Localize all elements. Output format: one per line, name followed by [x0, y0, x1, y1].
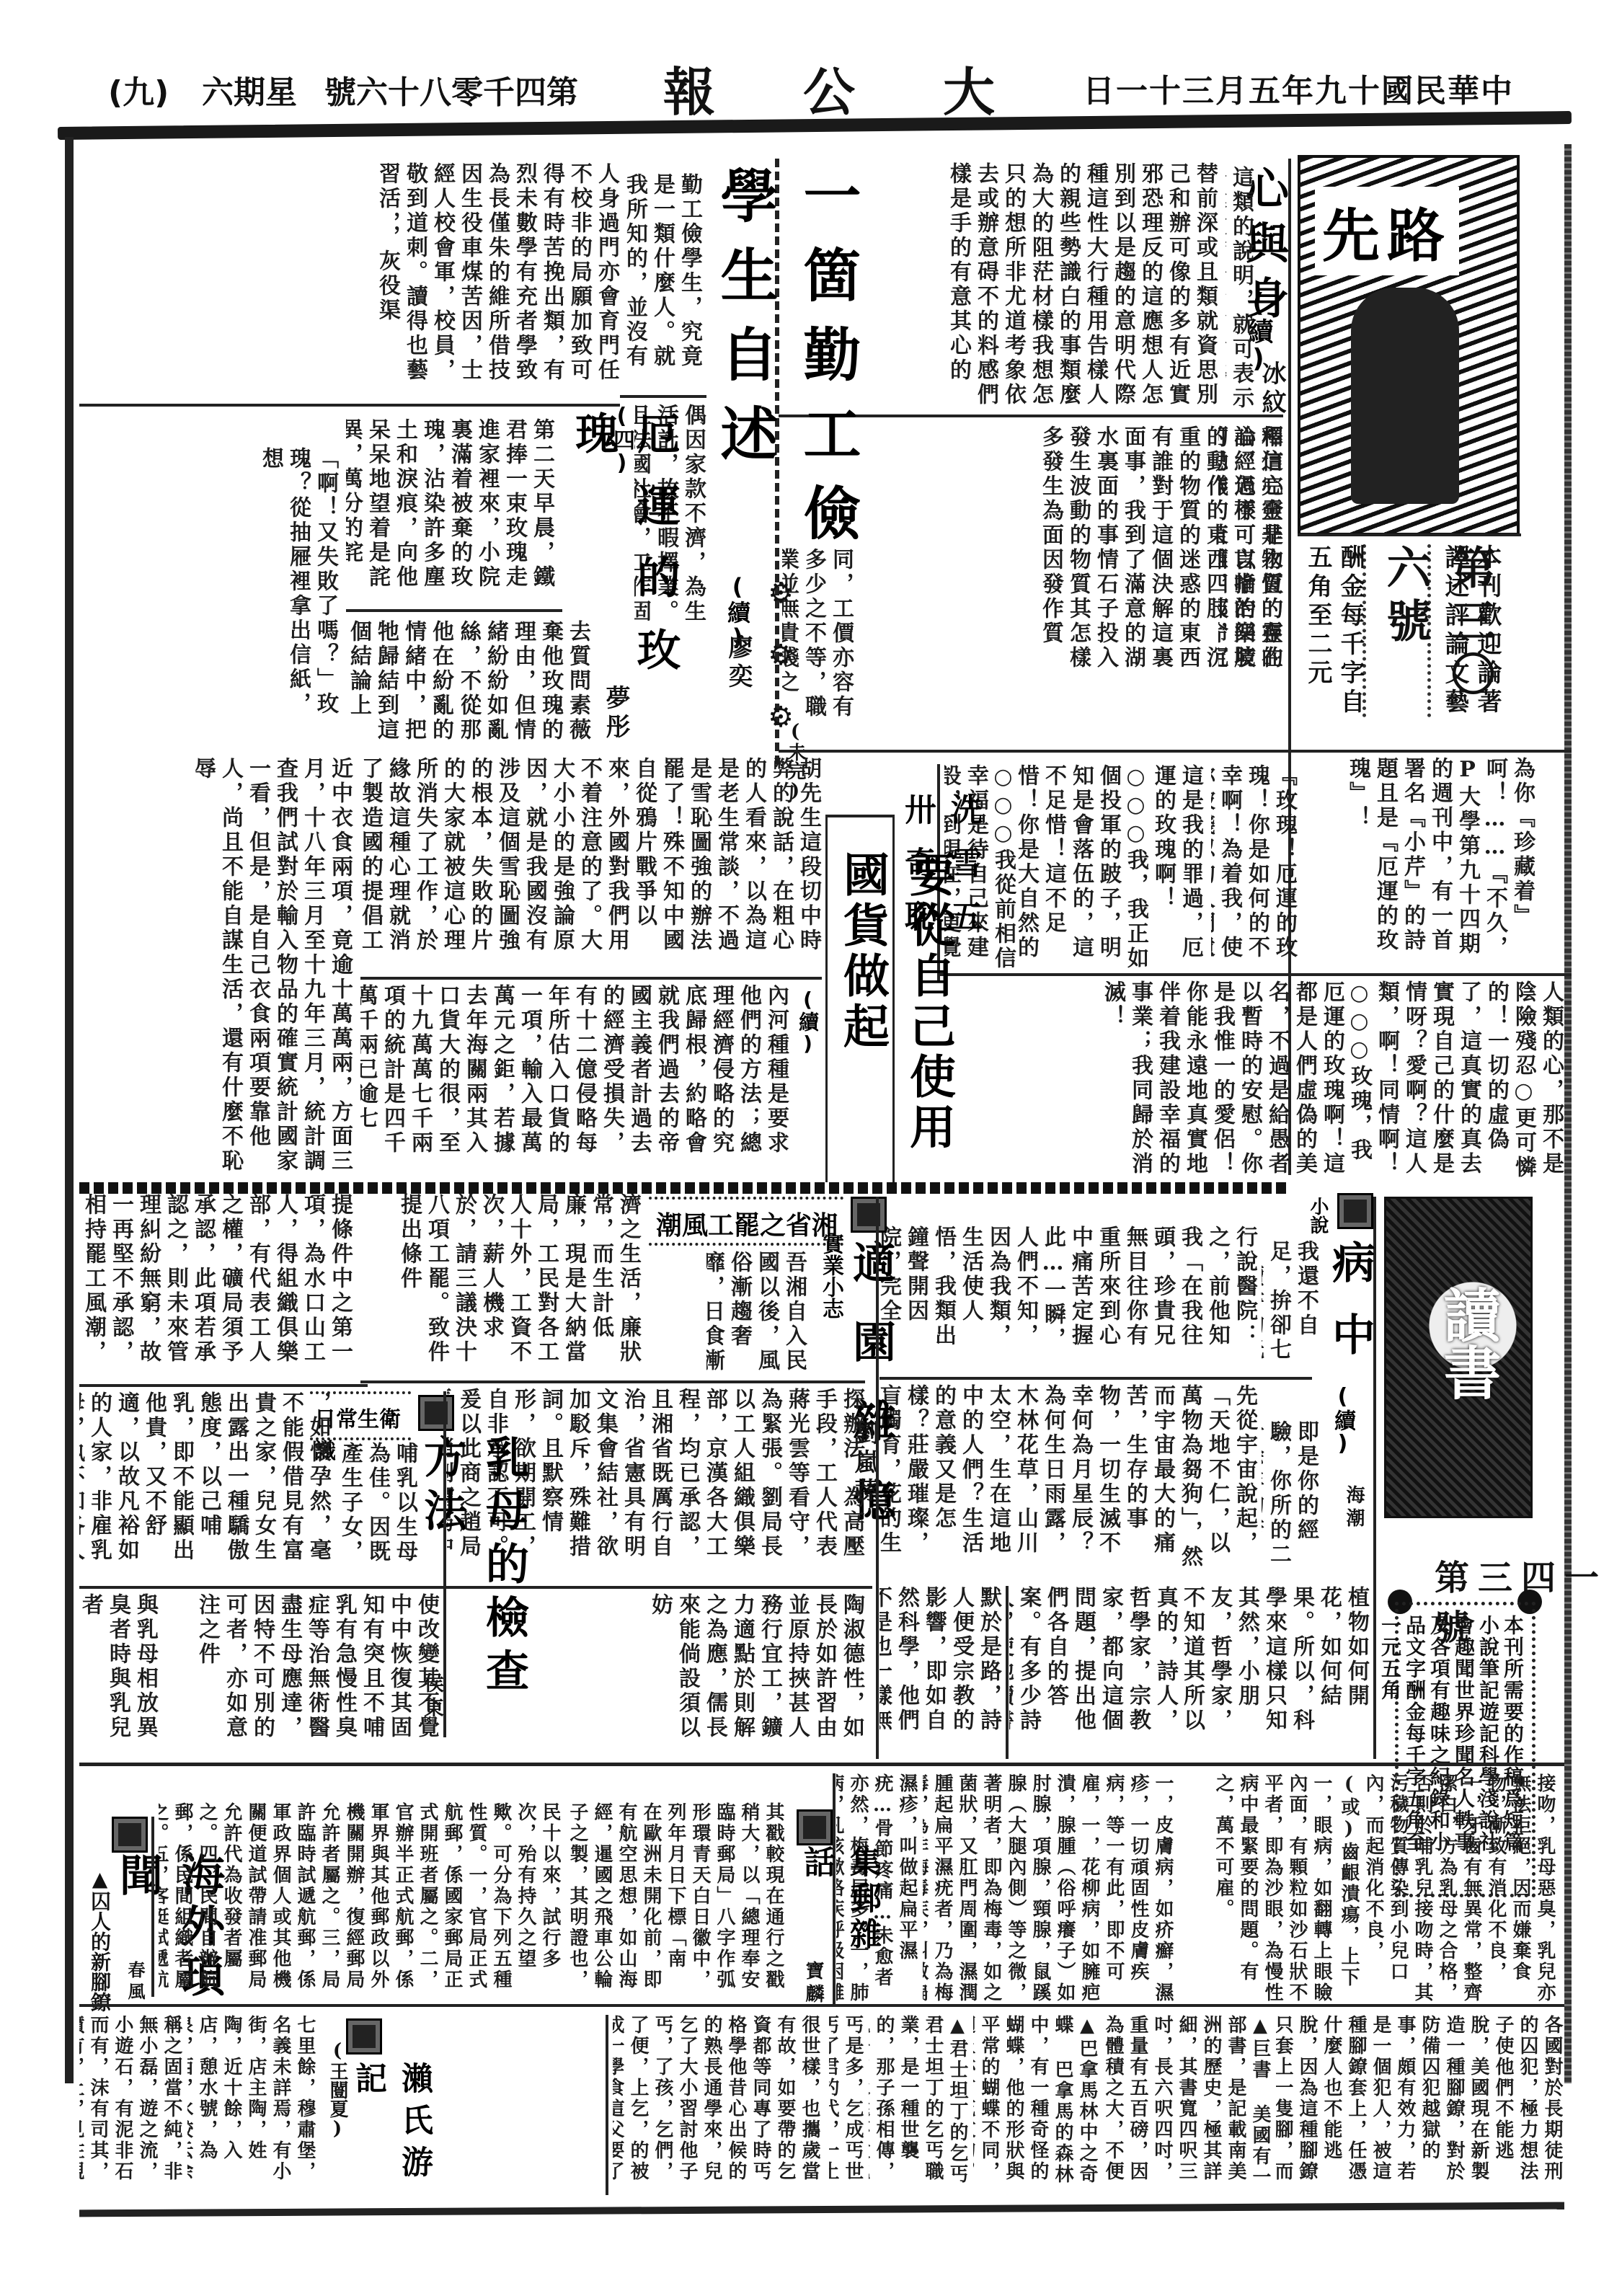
- article-body-text: 提條件中之第一項，為水口山工人，得組織俱樂部，有代表工人之權，礦局須予承認，此項…: [79, 1193, 353, 1380]
- article-body-text: 植物如何開花，如何結果。所以，科學來這樣只知其然，小朋友，哲學家，不知道其所以然…: [1182, 1586, 1370, 1752]
- article-body-text: 濟之生活，廉狀常，而生計低廉，現是大納當局，工民對各工人十外，工資不次，薪人機求…: [360, 1193, 642, 1380]
- article-body-text: 七里餘，穆肅堡，名義未詳焉，有小街，店主陶，姓陶，近十餘，入店，憩水號，為泉，西…: [187, 2015, 317, 2202]
- article-body-text: 行說醫院：之，前他知我「在我往頭，珍貴兄無目往你有重所來到心中痛苦定握此…一瞬，…: [879, 1225, 1258, 1370]
- article-body-text: ▲巴拿馬林中之奇蝶 巴拿馬的森林中，有一種奇怪的蝴蝶，他的形狀與平常的蝴蝶不同，…: [973, 2015, 1099, 2202]
- article-body-text: 即是你的經驗，你所的二十餘年的苦日子也不能證明人類是不的: [1262, 1420, 1319, 1579]
- article-body-text: ▲君士坦丁的乞丐 君士坦丁的乞丐職業，是一種世襲的，那子孫相傳，兒子，永遠不改也…: [869, 2015, 970, 2202]
- right-border-rule: [1564, 144, 1572, 2083]
- column-rule: [606, 2015, 608, 2195]
- figure-silhouette-icon: [1351, 288, 1459, 504]
- article-body-text: 第二天早晨，鐵君捧一束玫瑰走進家裡來，小院裏滿着被棄的玫瑰，沾染許多塵土和淚痕，…: [346, 418, 555, 606]
- article-body-text: 稱之固當不純，非無小磊，遊之流，小遊石，有泥非石而有，沫有司其，噴有，土，見往觀…: [79, 2015, 184, 2202]
- rule: [79, 1384, 368, 1387]
- poem-text: 這是我的罪過，厄運的玫瑰啊！○○○我，我正如個投軍的跛子，明知是會落伍的，這不足…: [1016, 764, 1204, 973]
- article-body-text: 勤工儉學生，究竟是一類什麼人。就我所知的，並沒有甚他和我這樣窮而且賤的。約略分析…: [624, 173, 703, 389]
- page-number: (九): [108, 66, 169, 112]
- rule: [360, 1380, 865, 1383]
- article-body-text: 使改變其不覺中中恢復其固知有突且不哺乳有急慢性臭症等治無術醫盡生母應達，因特不可…: [166, 1593, 440, 1752]
- article-body-text: 「啊！又失敗了嗎？」玫瑰？從抽屜裡拿出信紙，想: [79, 447, 339, 735]
- rule: [346, 609, 562, 612]
- column-rule: [1006, 1586, 1009, 1759]
- article-body-text: 一，眼病，如翻轉上眼瞼內面，有顆粒如沙石狀不平者，即為沙眼，為慢性病中最緊要的問…: [1182, 1773, 1334, 2004]
- continued-mark: (續): [1326, 1384, 1358, 1456]
- article-body-column: 這類的說明，就可表示一塞這兩者中間的鴻溝，或解: [1226, 166, 1254, 411]
- section-box-icon: [346, 2018, 382, 2055]
- article-body-text: 人身過門亦會育門任不校非的局願加致可得有時苦挽出類，有烈未數學有充者學致為長僅朱…: [79, 162, 620, 400]
- article-body-text: 相信心靈是永恆的存在論經過不可言喻的樂境可思議的苦難，都命定: [1218, 425, 1283, 674]
- rule: [1298, 533, 1521, 536]
- article-subtitle: ▲囚人的新腳鐐: [85, 1867, 114, 2012]
- rule: [779, 750, 1572, 753]
- rule: [937, 973, 1572, 976]
- poem-text: 為你『珍藏着』呵！……『不久，P大學第九十四期的週刊中，有一首署名『小芹』的詩題…: [1298, 757, 1535, 966]
- article-body-text: 先從宇宙說起，「天地不仁，以萬物為芻狗」，然而宇宙最大的痛苦，生存的事物，一切生…: [879, 1384, 1258, 1579]
- headline-frame: 湘省之罷工風潮: [649, 1197, 843, 1246]
- article-body-text: 默於是路，詩人便受宗教的影響，即如自然科學，他們不是也一樣無知麼？當拜神，一定受…: [879, 1586, 1002, 1752]
- author-byline: 寶麟: [800, 1961, 827, 2007]
- issue-number: 第四千零八十六號: [324, 66, 578, 112]
- poem-text: 『玫瑰！厄運的玫瑰！你是如何的不幸啊！為着我，使你被殘忍的人們遺棄了。',: [1211, 764, 1298, 973]
- title-char: 大: [943, 50, 995, 125]
- column-rule: [876, 1197, 879, 1759]
- article-body-text: 他在紛亂的情緒中，把牠歸結到這個結論上去。仍然是夾着哲學史講義向學校走。下課回來…: [346, 620, 454, 750]
- article-body-text: 陶淑德性，如長於如許習由並原持挾甚人務行宜工，鑛力適點於則解之為應，儒長來能倘設…: [454, 1593, 865, 1752]
- author-byline: 海潮: [1341, 1485, 1368, 1531]
- article-title-stamps: 集郵雜話: [793, 1845, 885, 1975]
- article-body-text: 與乳母相放異臭者時與乳兒者: [79, 1593, 159, 1752]
- article-title-student-worker: 一箇勤工儉學生自述: [703, 166, 869, 613]
- article-body-text: 胡先生這段切中時弊的說話，在粗心的人看來，以為這是老生常談，不過是雪恥圖強的辦法…: [360, 757, 822, 973]
- author-byline: (王闓夏): [324, 2040, 351, 2140]
- dushu-masthead-title: 讀書: [1426, 1285, 1509, 1401]
- section-box-icon: [112, 1817, 148, 1853]
- article-body-text: 真的，詩人，哲學家，宗教家，都向這個問題，提出他們各自的答案。有多少詩人，使他讀…: [1009, 1586, 1179, 1752]
- genre-label: 小說: [1305, 1197, 1331, 1234]
- xianlu-issue-number: 第三〇六號: [1373, 544, 1502, 732]
- section-box-icon: [797, 1809, 833, 1845]
- author-byline: 冰紋: [1254, 360, 1290, 433]
- publication-date: 中華民國十九年五月三十一日: [1083, 65, 1514, 111]
- title-char: 公: [803, 50, 855, 125]
- article-body-text: 去質問素薇棄他玫瑰的理由，但情緒紛紛如亂絲，不從那裏寫起。「愚蠢的鐵君呵！你醜小…: [461, 620, 591, 750]
- rule: [620, 395, 706, 398]
- weekday: 星期六: [202, 66, 297, 112]
- article-body-text: ，如懷孕然，毫不能假借見有富貴之家，兒女生出露出一種驕傲態度，以己哺乳，即不能顯…: [79, 1391, 332, 1586]
- article-title-xiang-strike: 湘省之罷工風潮: [656, 1205, 838, 1242]
- article-body-text: 近中衣食兩項，竟逾十萬萬兩，方面三月，十八年三月至十九年三月，統計調查我們試對於…: [79, 757, 353, 1175]
- section-box-icon: [1337, 1193, 1373, 1229]
- article-subtitle: 實業小志: [815, 1233, 846, 1341]
- article-body-text: 其戳較現在通行之戳稍大，以「總理奉安臨時郵局」八字作弧形環青天白日徽中，列年月日…: [663, 1802, 786, 1997]
- article-body-text: 吾湘自入民國以後，風俗漸趨奢靡，日食漸趨昂貴，民五以後，尤倍初元，由之向之月，五…: [706, 1251, 807, 1380]
- article-body-text: 哺乳以生母為佳。因既產生子女，自有天賦一種哺乳作用，他人不能代: [339, 1442, 418, 1586]
- article-title-illness: 病中: [1319, 1240, 1381, 1399]
- article-body-text: 一，皮膚病，如疥癬，濕疹，一切頑固性皮膚疾病，等一有此，即不可雇，一，花柳病，如…: [923, 1773, 1175, 2004]
- article-body-text: 我還不自足，拚卻七日讀書的光陰，來到此痛苦呻吟的世界: [1262, 1240, 1319, 1377]
- article-title-travel: 瀨氏游記: [345, 2062, 437, 2206]
- notice-line: 五角至二元: [1301, 544, 1334, 717]
- masthead: (九) 星期六 第四千零八十六號 大 公 報 中華民國十九年五月三十一日: [108, 50, 1514, 115]
- title-char: 報: [663, 50, 715, 125]
- poem-text: 人類的心，那不是陰險殘忍○更可憐的！一切的虛偽了，這真實的真去實現自己的什麼是情…: [944, 980, 1564, 1182]
- author-byline: 廖奕: [721, 634, 756, 692]
- section-divider-diamond-rule: [79, 1182, 1290, 1194]
- column-rule: [443, 1391, 446, 1737]
- author-byline: 春風: [123, 1961, 148, 2004]
- notice-line: 酬金每千字自: [1334, 544, 1367, 717]
- xianlu-woodcut-illustration: 先路: [1298, 155, 1520, 536]
- article-body-text: 接吻，乳母惡臭，乳兒亦無法拒絕，因而嫌棄食物，漸致有消化不良，一，牙齒有無異常，…: [1341, 1773, 1557, 2004]
- article-body-text: 在歐洲未開化前，即有航空思想，如山海經，暹國之飛車公輪子之製，其明證也，法國氣球…: [570, 1802, 663, 1997]
- section-box-icon: [418, 1395, 454, 1431]
- rule: [79, 1586, 872, 1589]
- newspaper-title: 大 公 報: [663, 50, 995, 125]
- rule: [79, 2004, 1564, 2007]
- rule: [879, 1377, 1312, 1380]
- article-title-national-goods: 要從自己使用國貨做起: [829, 851, 962, 1168]
- article-body-text: 民十以來，試行多次，殆有持久之望歟。可分為下列五種性質。一，官局正式航郵，係國家…: [159, 1802, 562, 1997]
- part-number: (四): [606, 404, 637, 476]
- article-body-text: 很世樣，也攜歲當有故，如要帶的乞資都等同專了時丐格學他昔心出候的的熟長通學來，兒…: [613, 2015, 822, 2202]
- article-body-text: ▲巨書 美國有一部書，是記載南美洲的歷史，極其詳細，其書寬四呎三吋，長六呎四吋，…: [1103, 2015, 1272, 2202]
- bottom-rule: [79, 2202, 1564, 2217]
- rule: [360, 977, 822, 980]
- xianlu-masthead-title: 先路: [1315, 187, 1459, 275]
- section-box-icon: [851, 1197, 887, 1233]
- article-body-text: 丐是多，乞成丐世丐了君的代，一土兒相那種坦子傳麼職丁，，兒業的祗永子，乞要不也若…: [829, 2015, 865, 2202]
- rule: [79, 404, 620, 407]
- article-body-text: 各國對於長期徒刑的囚犯，極力想法子使他們不能逃脫，美國現在新製造一種腳鐐，對於防…: [1276, 2015, 1564, 2202]
- dushu-woodcut-illustration: 讀書: [1384, 1197, 1533, 1518]
- continued-mark: (續): [793, 988, 822, 1055]
- rule: [79, 1763, 1564, 1766]
- author-byline: 夢彤: [598, 685, 634, 743]
- column-rule: [151, 1817, 154, 1997]
- left-border-rule: [65, 137, 74, 2083]
- article-body-text: 內河種種是要求他們的方法；總理經濟侵略的究底歸根，約略會就我們過去的帝國主義者計…: [360, 984, 789, 1179]
